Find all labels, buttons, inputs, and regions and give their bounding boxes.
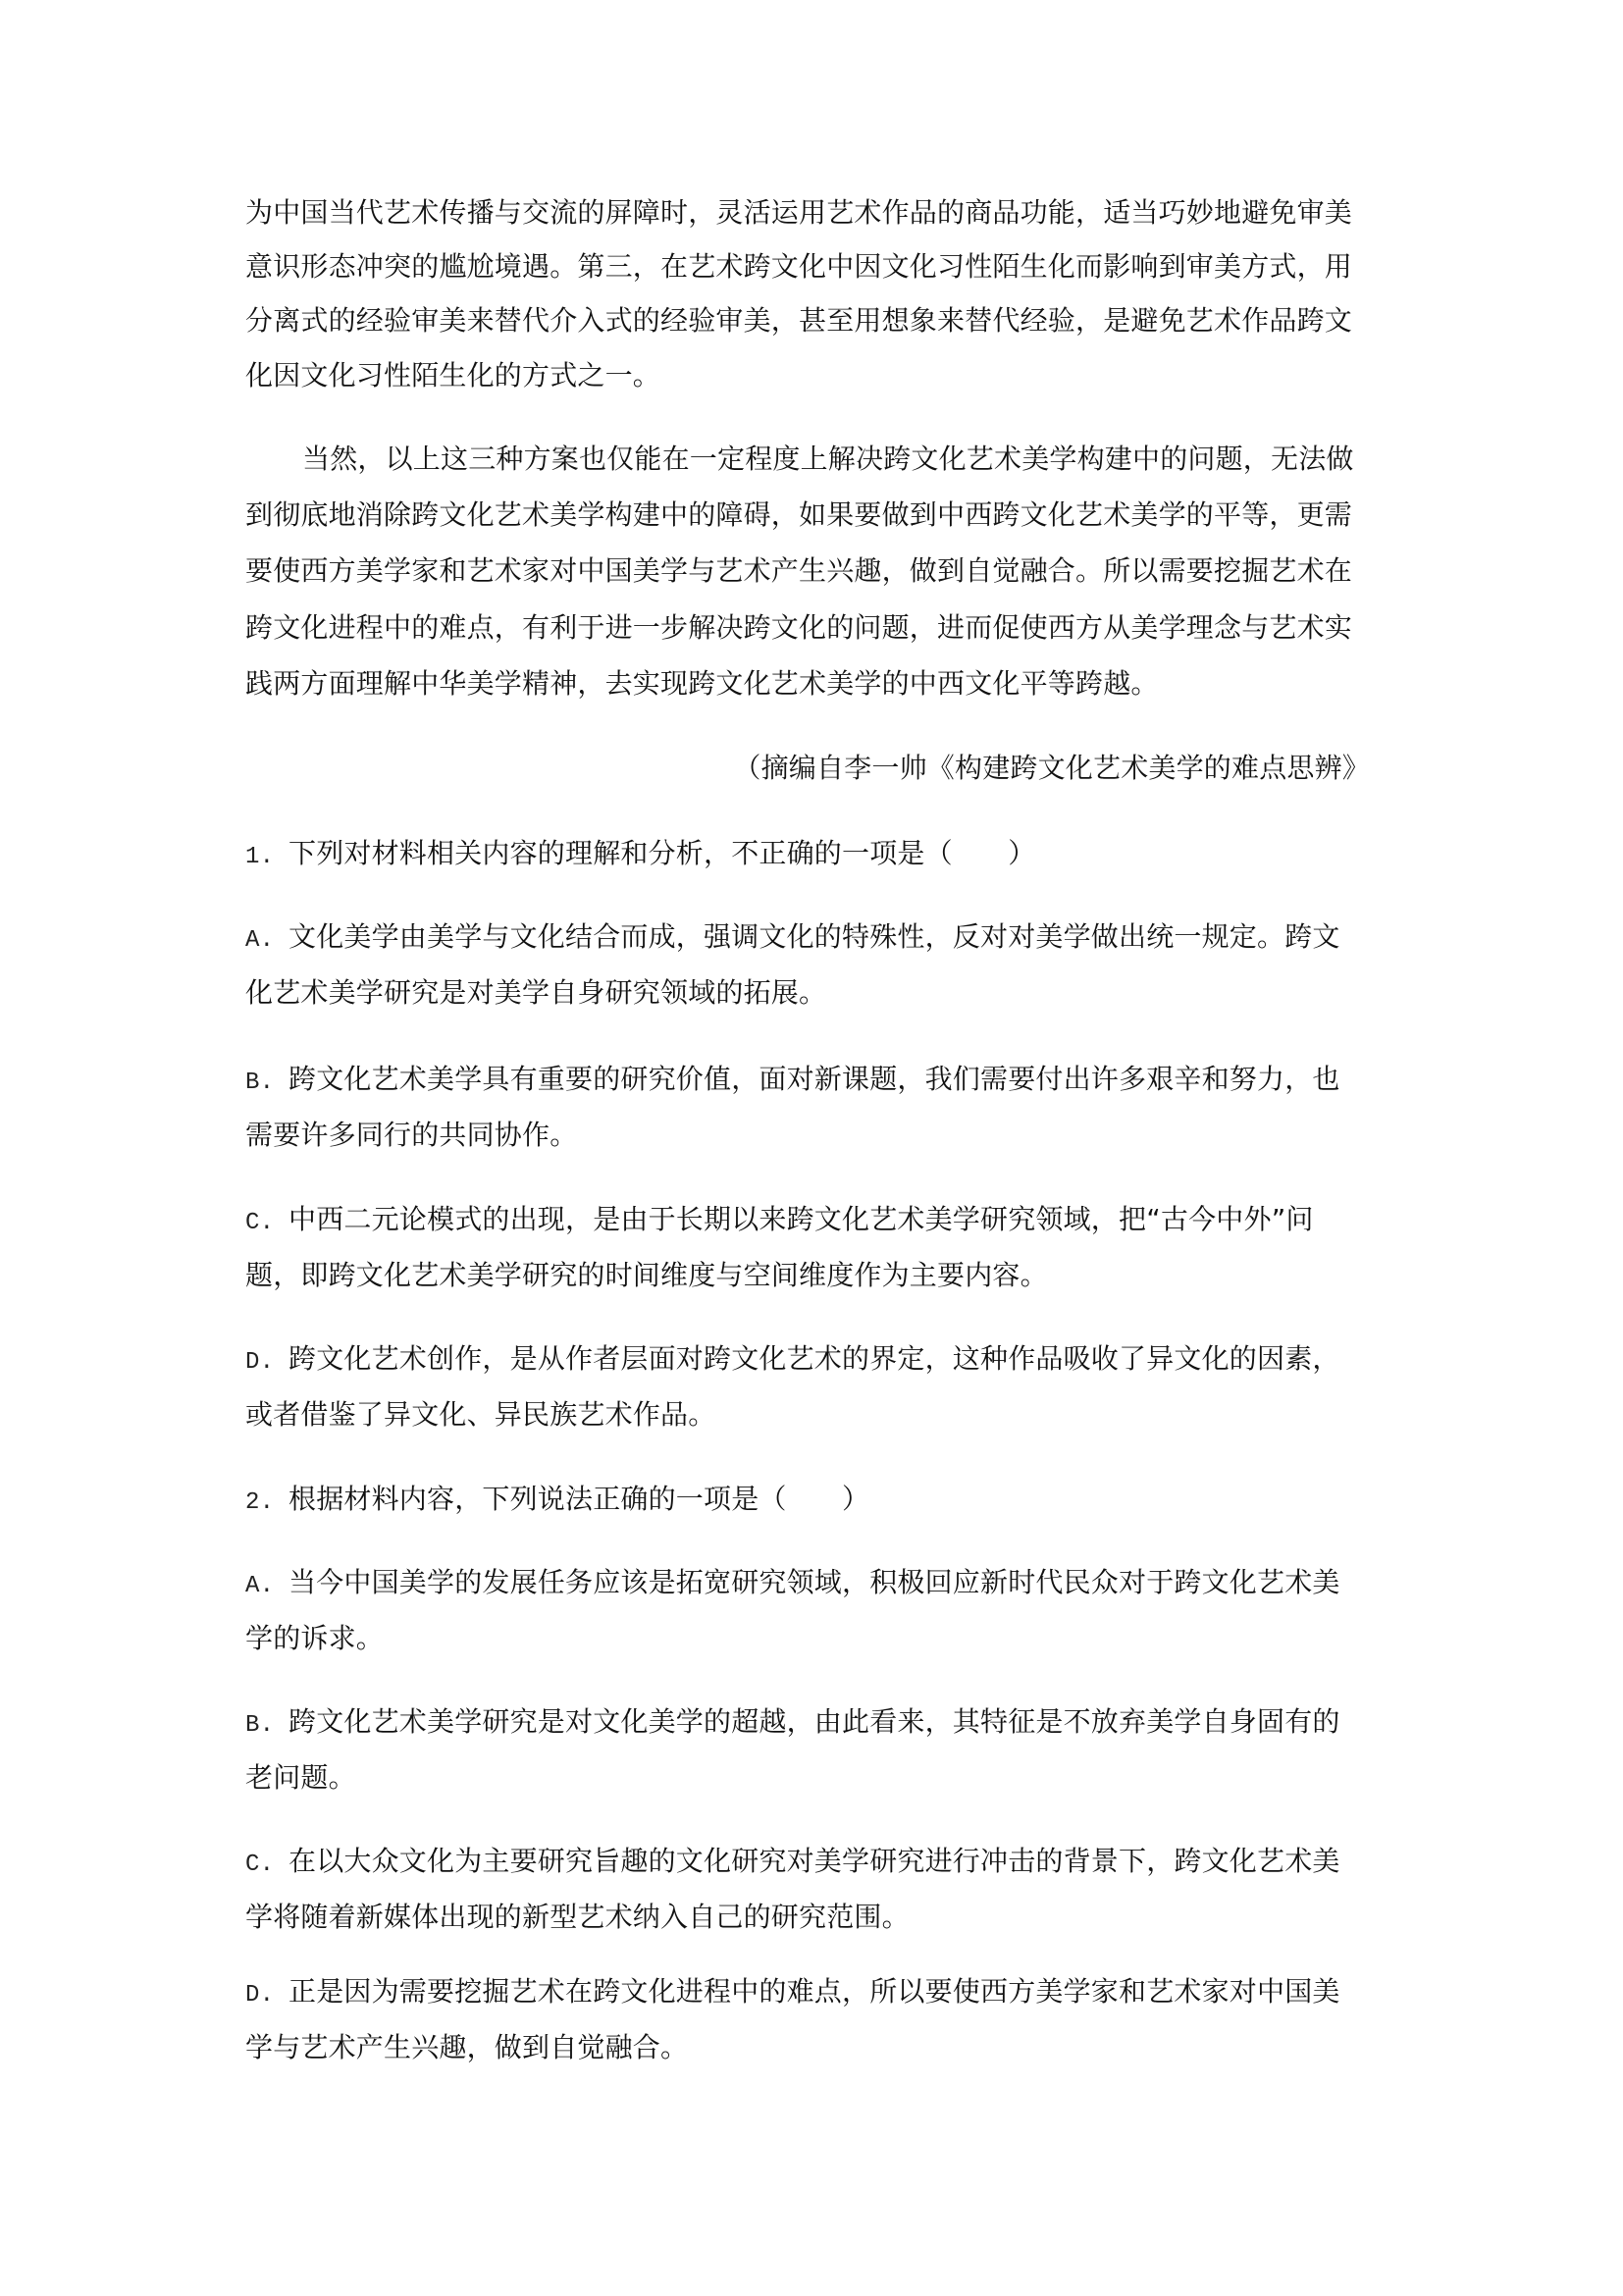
paragraph-line: 为中国当代艺术传播与交流的屏障时，灵活运用艺术作品的商品功能，适当巧妙地避免审美 xyxy=(245,193,1379,233)
paragraph-line: 化因文化习性陌生化的方式之一。 xyxy=(245,356,1379,395)
option-label: C. xyxy=(245,1204,288,1243)
option-label: B. xyxy=(245,1064,288,1103)
option-line: 或者借鉴了异文化、异民族艺术作品。 xyxy=(245,1395,1379,1435)
option-text: 跨文化艺术美学研究是对文化美学的超越，由此看来，其特征是不放弃美学自身固有的 xyxy=(288,1705,1340,1738)
option-label: C. xyxy=(245,1846,288,1885)
option-line: 学将随着新媒体出现的新型艺术纳入自己的研究范围。 xyxy=(245,1898,1379,1937)
source-citation: （摘编自李一帅《构建跨文化艺术美学的难点思辨》 xyxy=(733,749,1370,788)
option-line: C.中西二元论模式的出现，是由于长期以来跨文化艺术美学研究领域，把“古今中外”问 xyxy=(245,1200,1379,1239)
option-line: 老问题。 xyxy=(245,1758,1379,1798)
option-label: B. xyxy=(245,1706,288,1746)
option-text: 正是因为需要挖掘艺术在跨文化进程中的难点，所以要使西方美学家和艺术家对中国美 xyxy=(288,1975,1340,2008)
option-text: 当今中国美学的发展任务应该是拓宽研究领域，积极回应新时代民众对于跨文化艺术美 xyxy=(288,1566,1340,1598)
option-line: B.跨文化艺术美学研究是对文化美学的超越，由此看来，其特征是不放弃美学自身固有的 xyxy=(245,1702,1379,1742)
question-number: 2. xyxy=(245,1484,288,1523)
question-stem-text: 根据材料内容，下列说法正确的一项是（ ） xyxy=(288,1483,869,1515)
option-label: D. xyxy=(245,1343,288,1383)
paragraph-line: 践两方面理解中华美学精神，去实现跨文化艺术美学的中西文化平等跨越。 xyxy=(245,664,1379,704)
option-line: A.当今中国美学的发展任务应该是拓宽研究领域，积极回应新时代民众对于跨文化艺术美 xyxy=(245,1563,1379,1602)
option-line: 需要许多同行的共同协作。 xyxy=(245,1116,1379,1155)
option-line: D.正是因为需要挖掘艺术在跨文化进程中的难点，所以要使西方美学家和艺术家对中国美 xyxy=(245,1972,1379,2011)
option-line: 化艺术美学研究是对美学自身研究领域的拓展。 xyxy=(245,973,1379,1013)
option-text: 跨文化艺术美学具有重要的研究价值，面对新课题，我们需要付出许多艰辛和努力，也 xyxy=(288,1063,1340,1095)
option-text: 中西二元论模式的出现，是由于长期以来跨文化艺术美学研究领域，把“古今中外”问 xyxy=(288,1203,1314,1235)
option-line: C.在以大众文化为主要研究旨趣的文化研究对美学研究进行冲击的背景下，跨文化艺术美 xyxy=(245,1842,1379,1881)
option-text: 在以大众文化为主要研究旨趣的文化研究对美学研究进行冲击的背景下，跨文化艺术美 xyxy=(288,1845,1340,1877)
paragraph-line: 跨文化进程中的难点，有利于进一步解决跨文化的问题，进而促使西方从美学理念与艺术实 xyxy=(245,608,1379,648)
paragraph-line: 到彻底地消除跨文化艺术美学构建中的障碍，如果要做到中西跨文化艺术美学的平等，更需 xyxy=(245,496,1379,535)
option-line: D.跨文化艺术创作，是从作者层面对跨文化艺术的界定，这种作品吸收了异文化的因素， xyxy=(245,1339,1379,1379)
paragraph-line: 意识形态冲突的尴尬境遇。第三，在艺术跨文化中因文化习性陌生化而影响到审美方式，用 xyxy=(245,247,1379,287)
question-number: 1. xyxy=(245,838,288,877)
option-text: 文化美学由美学与文化结合而成，强调文化的特殊性，反对对美学做出统一规定。跨文 xyxy=(288,920,1340,953)
option-line: A.文化美学由美学与文化结合而成，强调文化的特殊性，反对对美学做出统一规定。跨文 xyxy=(245,917,1379,957)
question-stem: 2.根据材料内容，下列说法正确的一项是（ ） xyxy=(245,1480,1379,1519)
option-line: 题，即跨文化艺术美学研究的时间维度与空间维度作为主要内容。 xyxy=(245,1256,1379,1295)
option-line: 学的诉求。 xyxy=(245,1619,1379,1658)
document-page: 为中国当代艺术传播与交流的屏障时，灵活运用艺术作品的商品功能，适当巧妙地避免审美… xyxy=(0,0,1623,2296)
paragraph-line: 分离式的经验审美来替代介入式的经验审美，甚至用想象来替代经验，是避免艺术作品跨文 xyxy=(245,301,1379,340)
option-label: D. xyxy=(245,1976,288,2015)
option-line: 学与艺术产生兴趣，做到自觉融合。 xyxy=(245,2028,1379,2067)
option-label: A. xyxy=(245,921,288,961)
option-label: A. xyxy=(245,1567,288,1606)
option-text: 跨文化艺术创作，是从作者层面对跨文化艺术的界定，这种作品吸收了异文化的因素， xyxy=(288,1342,1340,1375)
question-stem-text: 下列对材料相关内容的理解和分析，不正确的一项是（ ） xyxy=(288,837,1035,869)
paragraph-line: 当然，以上这三种方案也仅能在一定程度上解决跨文化艺术美学构建中的问题，无法做 xyxy=(302,440,1436,479)
question-stem: 1.下列对材料相关内容的理解和分析，不正确的一项是（ ） xyxy=(245,834,1379,873)
paragraph-line: 要使西方美学家和艺术家对中国美学与艺术产生兴趣，做到自觉融合。所以需要挖掘艺术在 xyxy=(245,551,1379,591)
option-line: B.跨文化艺术美学具有重要的研究价值，面对新课题，我们需要付出许多艰辛和努力，也 xyxy=(245,1060,1379,1099)
